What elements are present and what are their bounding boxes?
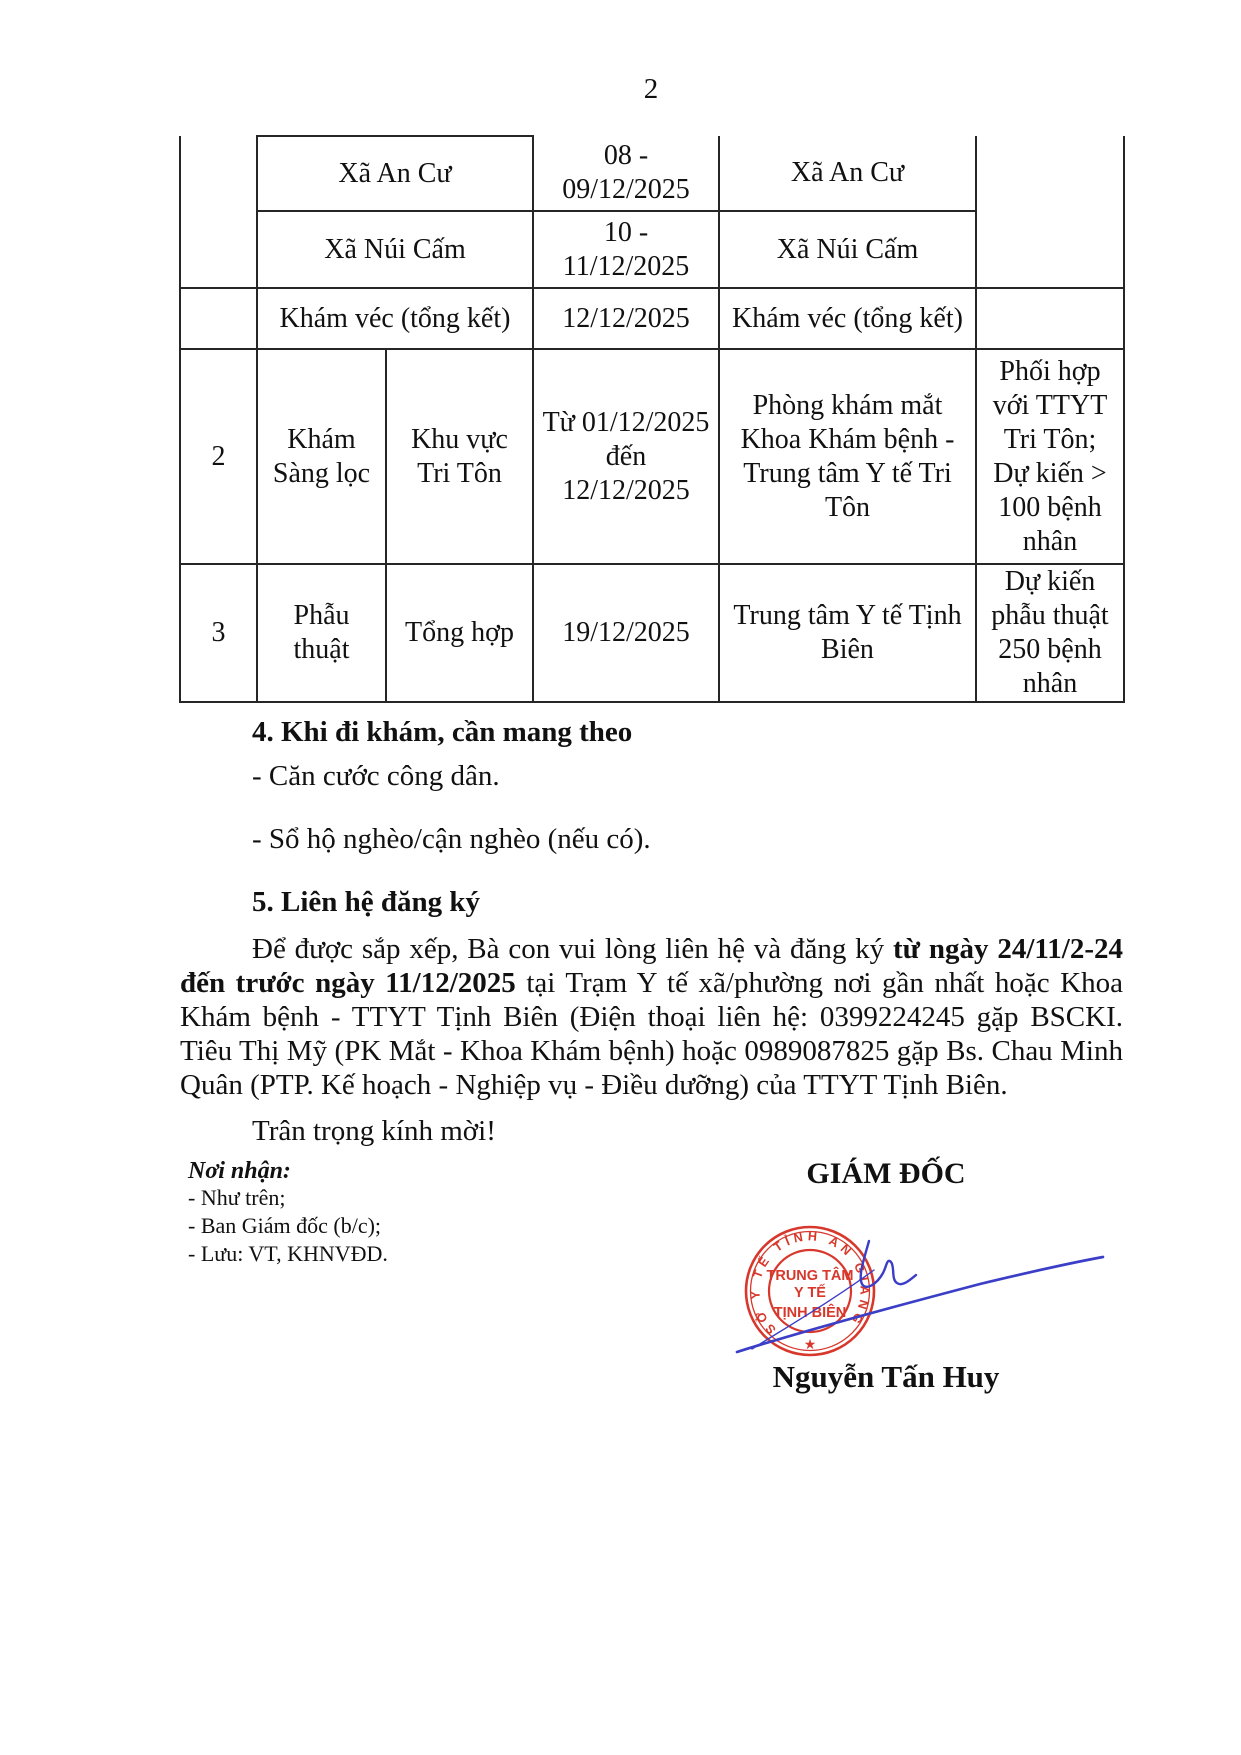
cell-date: 10 - 11/12/2025	[533, 211, 719, 288]
star-icon: ★	[804, 1336, 817, 1352]
stamp-org-line2: Y TẾ	[794, 1284, 826, 1301]
contact-paragraph: Để được sắp xếp, Bà con vui lòng liên hệ…	[180, 932, 1123, 1102]
stamp-org-line1: TRUNG TÂM	[767, 1266, 854, 1284]
signer-name: Nguyễn Tấn Huy	[700, 1360, 1072, 1394]
cell-location: Phòng khám mắt Khoa Khám bệnh - Trung tâ…	[719, 349, 976, 564]
table-row: Xã An Cư 08 - 09/12/2025 Xã An Cư	[180, 136, 1124, 211]
cell-location: Xã Núi Cấm	[719, 211, 976, 288]
table-row: 3 Phẫu thuật Tổng hợp 19/12/2025 Trung t…	[180, 564, 1124, 702]
cell-date: 19/12/2025	[533, 564, 719, 702]
cell-location: Trung tâm Y tế Tịnh Biên	[719, 564, 976, 702]
body-text: 4. Khi đi khám, cần mang theo - Căn cước…	[180, 699, 1123, 1148]
cell-location: Xã An Cư	[719, 136, 976, 211]
signature-scribble	[737, 1241, 1103, 1352]
paragraph-text: Để được sắp xếp, Bà con vui lòng liên hệ…	[252, 933, 893, 965]
table-row: Khám véc (tổng kết) 12/12/2025 Khám véc …	[180, 288, 1124, 349]
schedule-table: Xã An Cư 08 - 09/12/2025 Xã An Cư Xã Núi…	[179, 135, 1125, 703]
cell-date: 08 - 09/12/2025	[533, 136, 719, 211]
cell-date: Từ 01/12/2025 đến 12/12/2025	[533, 349, 719, 564]
cell-note	[976, 288, 1124, 349]
document-page: 2 Xã An Cư 08 - 09/12/2025 Xã An Cư Xã N…	[0, 0, 1241, 1755]
stamp-org-line3: TỊNH BIÊN	[774, 1303, 847, 1321]
cell-area: Xã An Cư	[257, 136, 533, 211]
list-item: - Căn cước công dân.	[180, 759, 1123, 793]
cell-row-number: 3	[180, 564, 257, 702]
cell-area: Tổng hợp	[386, 564, 533, 702]
section5-heading: 5. Liên hệ đăng ký	[180, 885, 1123, 919]
cell-date: 12/12/2025	[533, 288, 719, 349]
list-item: - Sổ hộ nghèo/cận nghèo (nếu có).	[180, 822, 1123, 856]
recipient-item: - Như trên;	[188, 1184, 388, 1212]
cell-activity: Phẫu thuật	[257, 564, 386, 702]
recipient-item: - Lưu: VT, KHNVĐD.	[188, 1240, 388, 1268]
cell-area: Khu vực Tri Tôn	[386, 349, 533, 564]
cell-activity: Khám Sàng lọc	[257, 349, 386, 564]
cell-note: Dự kiến phẫu thuật 250 bệnh nhân	[976, 564, 1124, 702]
cell-area: Xã Núi Cấm	[257, 211, 533, 288]
cell-note: Phối hợp với TTYT Tri Tôn; Dự kiến > 100…	[976, 349, 1124, 564]
cell-area: Khám véc (tổng kết)	[257, 288, 533, 349]
signer-title: GIÁM ĐỐC	[700, 1157, 1072, 1191]
page-number: 2	[179, 72, 1123, 106]
closing-line: Trân trọng kính mời!	[180, 1114, 1123, 1148]
recipients-label: Nơi nhận:	[188, 1158, 388, 1184]
cell-location: Khám véc (tổng kết)	[719, 288, 976, 349]
cell-row-number: 2	[180, 349, 257, 564]
recipients-block: Nơi nhận: - Như trên; - Ban Giám đốc (b/…	[188, 1158, 388, 1268]
section4-heading: 4. Khi đi khám, cần mang theo	[180, 715, 1123, 749]
cell-row-number	[180, 288, 257, 349]
recipient-item: - Ban Giám đốc (b/c);	[188, 1212, 388, 1240]
cell-row-number	[180, 136, 257, 288]
table-row: 2 Khám Sàng lọc Khu vực Tri Tôn Từ 01/12…	[180, 349, 1124, 564]
cell-note	[976, 136, 1124, 288]
